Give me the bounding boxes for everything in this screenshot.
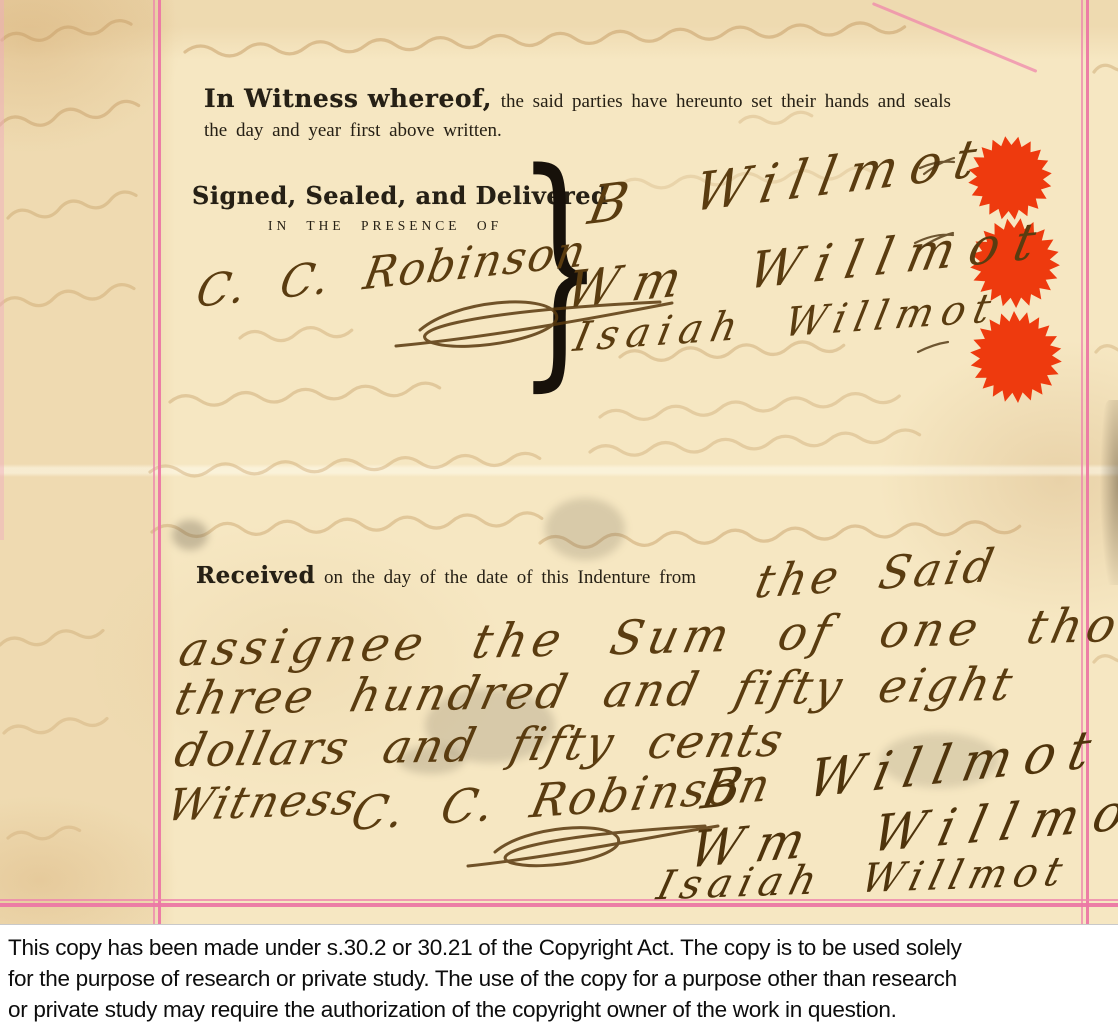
- copyright-notice-line2: for the purpose of research or private s…: [8, 963, 1118, 994]
- copyright-notice-line3: or private study may require the authori…: [8, 994, 1118, 1024]
- ink-smudge: [172, 520, 208, 550]
- witness-clause-line2: the day and year first above written.: [204, 120, 502, 142]
- receipt-witness-label: Witness: [162, 773, 364, 831]
- copyright-notice: This copy has been made under s.30.2 or …: [0, 924, 1118, 1024]
- witness-clause-lead: In Witness whereof,: [204, 84, 492, 113]
- bottom-ruled-line: [0, 899, 1118, 908]
- ink-smudge: [545, 498, 625, 560]
- witness-clause-body: the said parties have hereunto set their…: [492, 91, 951, 112]
- presence-line: IN THE PRESENCE OF: [268, 218, 502, 234]
- page-curl-shadow: [1097, 400, 1118, 585]
- signature-b-willmot: B Willmot: [583, 127, 994, 238]
- pen-mark: [918, 342, 948, 352]
- document-scan: In Witness whereof, the said parties hav…: [0, 0, 1118, 1024]
- handwritten-the-said: the Said: [751, 538, 1003, 609]
- copyright-notice-line1: This copy has been made under s.30.2 or …: [8, 932, 1118, 963]
- receipt-clause: Received on the day of the date of this …: [196, 562, 696, 589]
- scan-edge-artifact: [0, 0, 4, 540]
- diagonal-crease-line: [872, 2, 1038, 73]
- signature-flourish: [468, 826, 718, 866]
- signature-flourish: [495, 826, 705, 866]
- receipt-clause-lead: Received: [196, 562, 315, 589]
- witness-clause: In Witness whereof, the said parties hav…: [204, 84, 951, 113]
- left-margin-line: [153, 0, 162, 925]
- receipt-clause-body: on the day of the date of this Indenture…: [315, 567, 696, 588]
